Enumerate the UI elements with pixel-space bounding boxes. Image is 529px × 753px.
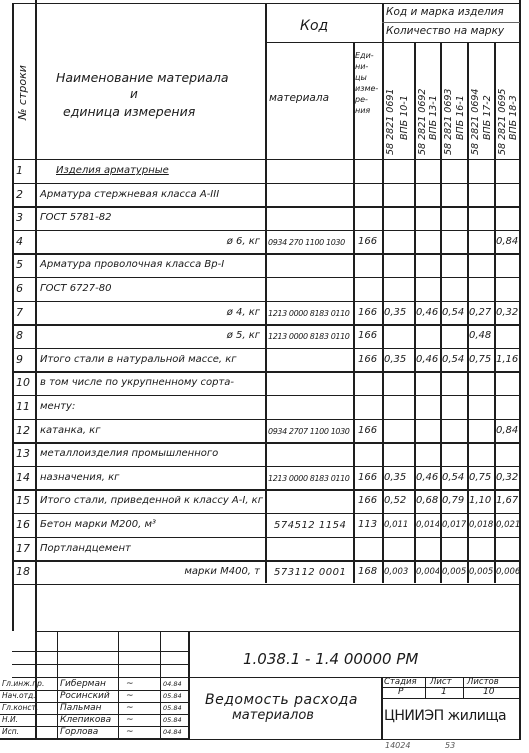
quantity-cell: 0,004 [416,565,439,579]
material-code: 1213 0000 8183 0110 [268,330,349,344]
quantity-cell: 0,52 [384,494,413,508]
material-name: назначения, кг [40,471,119,485]
quantity-cell: 0,021 [496,518,519,532]
product-code-header: 58 2821 0691 [385,89,396,155]
row-number: 18 [16,565,30,579]
row-number: 13 [16,447,30,461]
signature-mark: ~ [126,727,134,740]
quantity-cell: 0,003 [384,565,413,579]
stage-label: Стадия [384,677,417,687]
quantity-cell: 0,014 [416,518,439,532]
sheet-label: Лист [430,677,452,687]
material-name: ø 4, кг [150,306,260,320]
unit-code: 166 [358,329,377,343]
product-mark-header: ВПБ 10-1 [399,95,410,140]
sheets-label: Листов [467,677,499,687]
row-number: 9 [16,353,23,367]
quantity-cell: 0,35 [384,471,413,485]
unit-code: 168 [358,565,377,579]
material-code: 0934 2707 1100 1030 [268,425,349,439]
row-number: 14 [16,471,30,485]
staff-date: 04.84 [163,728,182,741]
stage-value: Р [398,687,403,697]
quantity-cell: 0,46 [416,306,439,320]
document-title-line1: Ведомость расхода [205,692,358,708]
organization-name: ЦНИИЭП жилища [384,708,506,724]
footer-number-2: 53 [445,741,455,750]
quantity-cell: 0,35 [384,306,413,320]
row-number: 2 [16,188,23,202]
quantity-cell: 0,75 [469,353,493,367]
product-mark-header: ВПБ 17-2 [482,95,493,140]
quantity-cell: 0,35 [384,353,413,367]
quantity-cell: 0,54 [442,306,466,320]
material-name: в том числе по укрупненному сорта- [40,376,234,390]
product-group-header-line1: Код и марка изделия [386,6,504,18]
product-code-header: 58 2821 0695 [497,89,508,155]
row-number: 3 [16,211,23,225]
quantity-cell: 0,68 [416,494,439,508]
quantity-cell: 0,32 [496,306,519,320]
quantity-cell: 0,75 [469,471,493,485]
row-number: 5 [16,258,23,272]
quantity-cell: 0,005 [442,565,466,579]
product-code-header: 58 2821 0694 [470,89,481,155]
row-number: 17 [16,542,30,556]
product-mark-header: ВПБ 13-1 [428,95,439,140]
row-number: 12 [16,424,30,438]
quantity-cell: 0,005 [469,565,493,579]
quantity-cell: 0,32 [496,471,519,485]
product-mark-header: ВПБ 18-3 [508,95,519,140]
quantity-cell: 0,84 [496,235,519,249]
name-header-line1: Наименование материала [56,70,229,85]
footer-number-1: 14024 [385,741,410,750]
material-name: Итого стали в натуральной массе, кг [40,353,237,367]
material-code-header: материала [269,92,329,104]
code-group-header: Код [300,18,328,34]
material-name: Итого стали, приведенной к классу А-I, к… [40,494,263,508]
unit-code: 166 [358,424,377,438]
product-code-header: 58 2821 0693 [443,89,454,155]
material-code: 1213 0000 8183 0110 [268,307,349,321]
material-name: ø 6, кг [150,235,260,249]
quantity-cell: 0,54 [442,471,466,485]
quantity-cell: 0,017 [442,518,466,532]
quantity-cell: 1,10 [469,494,493,508]
quantity-cell: 0,46 [416,353,439,367]
unit-code: 166 [358,235,377,249]
unit-code: 113 [358,518,377,532]
quantity-cell: 0,48 [469,329,493,343]
frame-right-border [519,0,521,740]
material-code: 0934 270 1100 1030 [268,236,345,250]
material-code: 1213 0000 8183 0110 [268,472,349,486]
name-header-line2: и [130,87,138,101]
material-name: марки М400, т [150,565,260,579]
material-name: Портландцемент [40,542,131,556]
document-designation: 1.038.1 - 1.4 00000 РМ [243,650,418,668]
staff-role: Исп. [2,727,19,740]
material-name: ГОСТ 5781-82 [40,211,112,225]
quantity-cell: 0,018 [469,518,493,532]
row-number: 15 [16,494,30,508]
name-header-line3: единица измерения [63,104,195,119]
material-name: ø 5, кг [150,329,260,343]
material-name: менту: [40,400,75,414]
unit-code: 166 [358,306,377,320]
quantity-cell: 0,79 [442,494,466,508]
material-name: катанка, кг [40,424,100,438]
quantity-cell: 0,27 [469,306,493,320]
material-name: ГОСТ 6727-80 [40,282,112,296]
sheet-value: 1 [441,687,447,697]
unit-code-header: Еди- ни- цы изме- ре- ния [355,50,378,116]
row-number: 10 [16,376,30,390]
material-name: Изделия арматурные [56,164,169,178]
row-number: 1 [16,164,23,178]
quantity-cell: 0,011 [384,518,413,532]
product-code-header: 58 2821 0692 [417,89,428,155]
material-name: Арматура проволочная класса Вр-I [40,258,224,272]
material-code: 573112 0001 [274,566,346,580]
quantity-cell: 0,46 [416,471,439,485]
row-number: 7 [16,306,23,320]
product-group-header-line2: Количество на марку [386,25,504,37]
document-title-line2: материалов [232,708,314,723]
quantity-cell: 0,84 [496,424,519,438]
material-name: Арматура стержневая класса А-III [40,188,219,202]
row-number: 4 [16,235,23,249]
row-number-header: № строки [16,65,29,120]
code-column-divider [265,3,267,583]
unit-code: 166 [358,471,377,485]
material-name: Бетон марки М200, м³ [40,518,156,532]
unit-code: 166 [358,353,377,367]
sheets-value: 10 [483,687,494,697]
unit-code: 166 [358,494,377,508]
row-number: 16 [16,518,30,532]
material-name: металлоизделия промышленного [40,447,218,461]
quantity-cell: 0,006 [496,565,519,579]
quantity-cell: 1,16 [496,353,519,367]
row-number: 11 [16,400,30,414]
material-code: 574512 1154 [274,519,346,533]
product-mark-header: ВПБ 16-1 [455,95,466,140]
staff-name: Горлова [60,727,98,740]
row-number: 6 [16,282,23,296]
quantity-cell: 1,67 [496,494,519,508]
row-number: 8 [16,329,23,343]
quantity-cell: 0,54 [442,353,466,367]
